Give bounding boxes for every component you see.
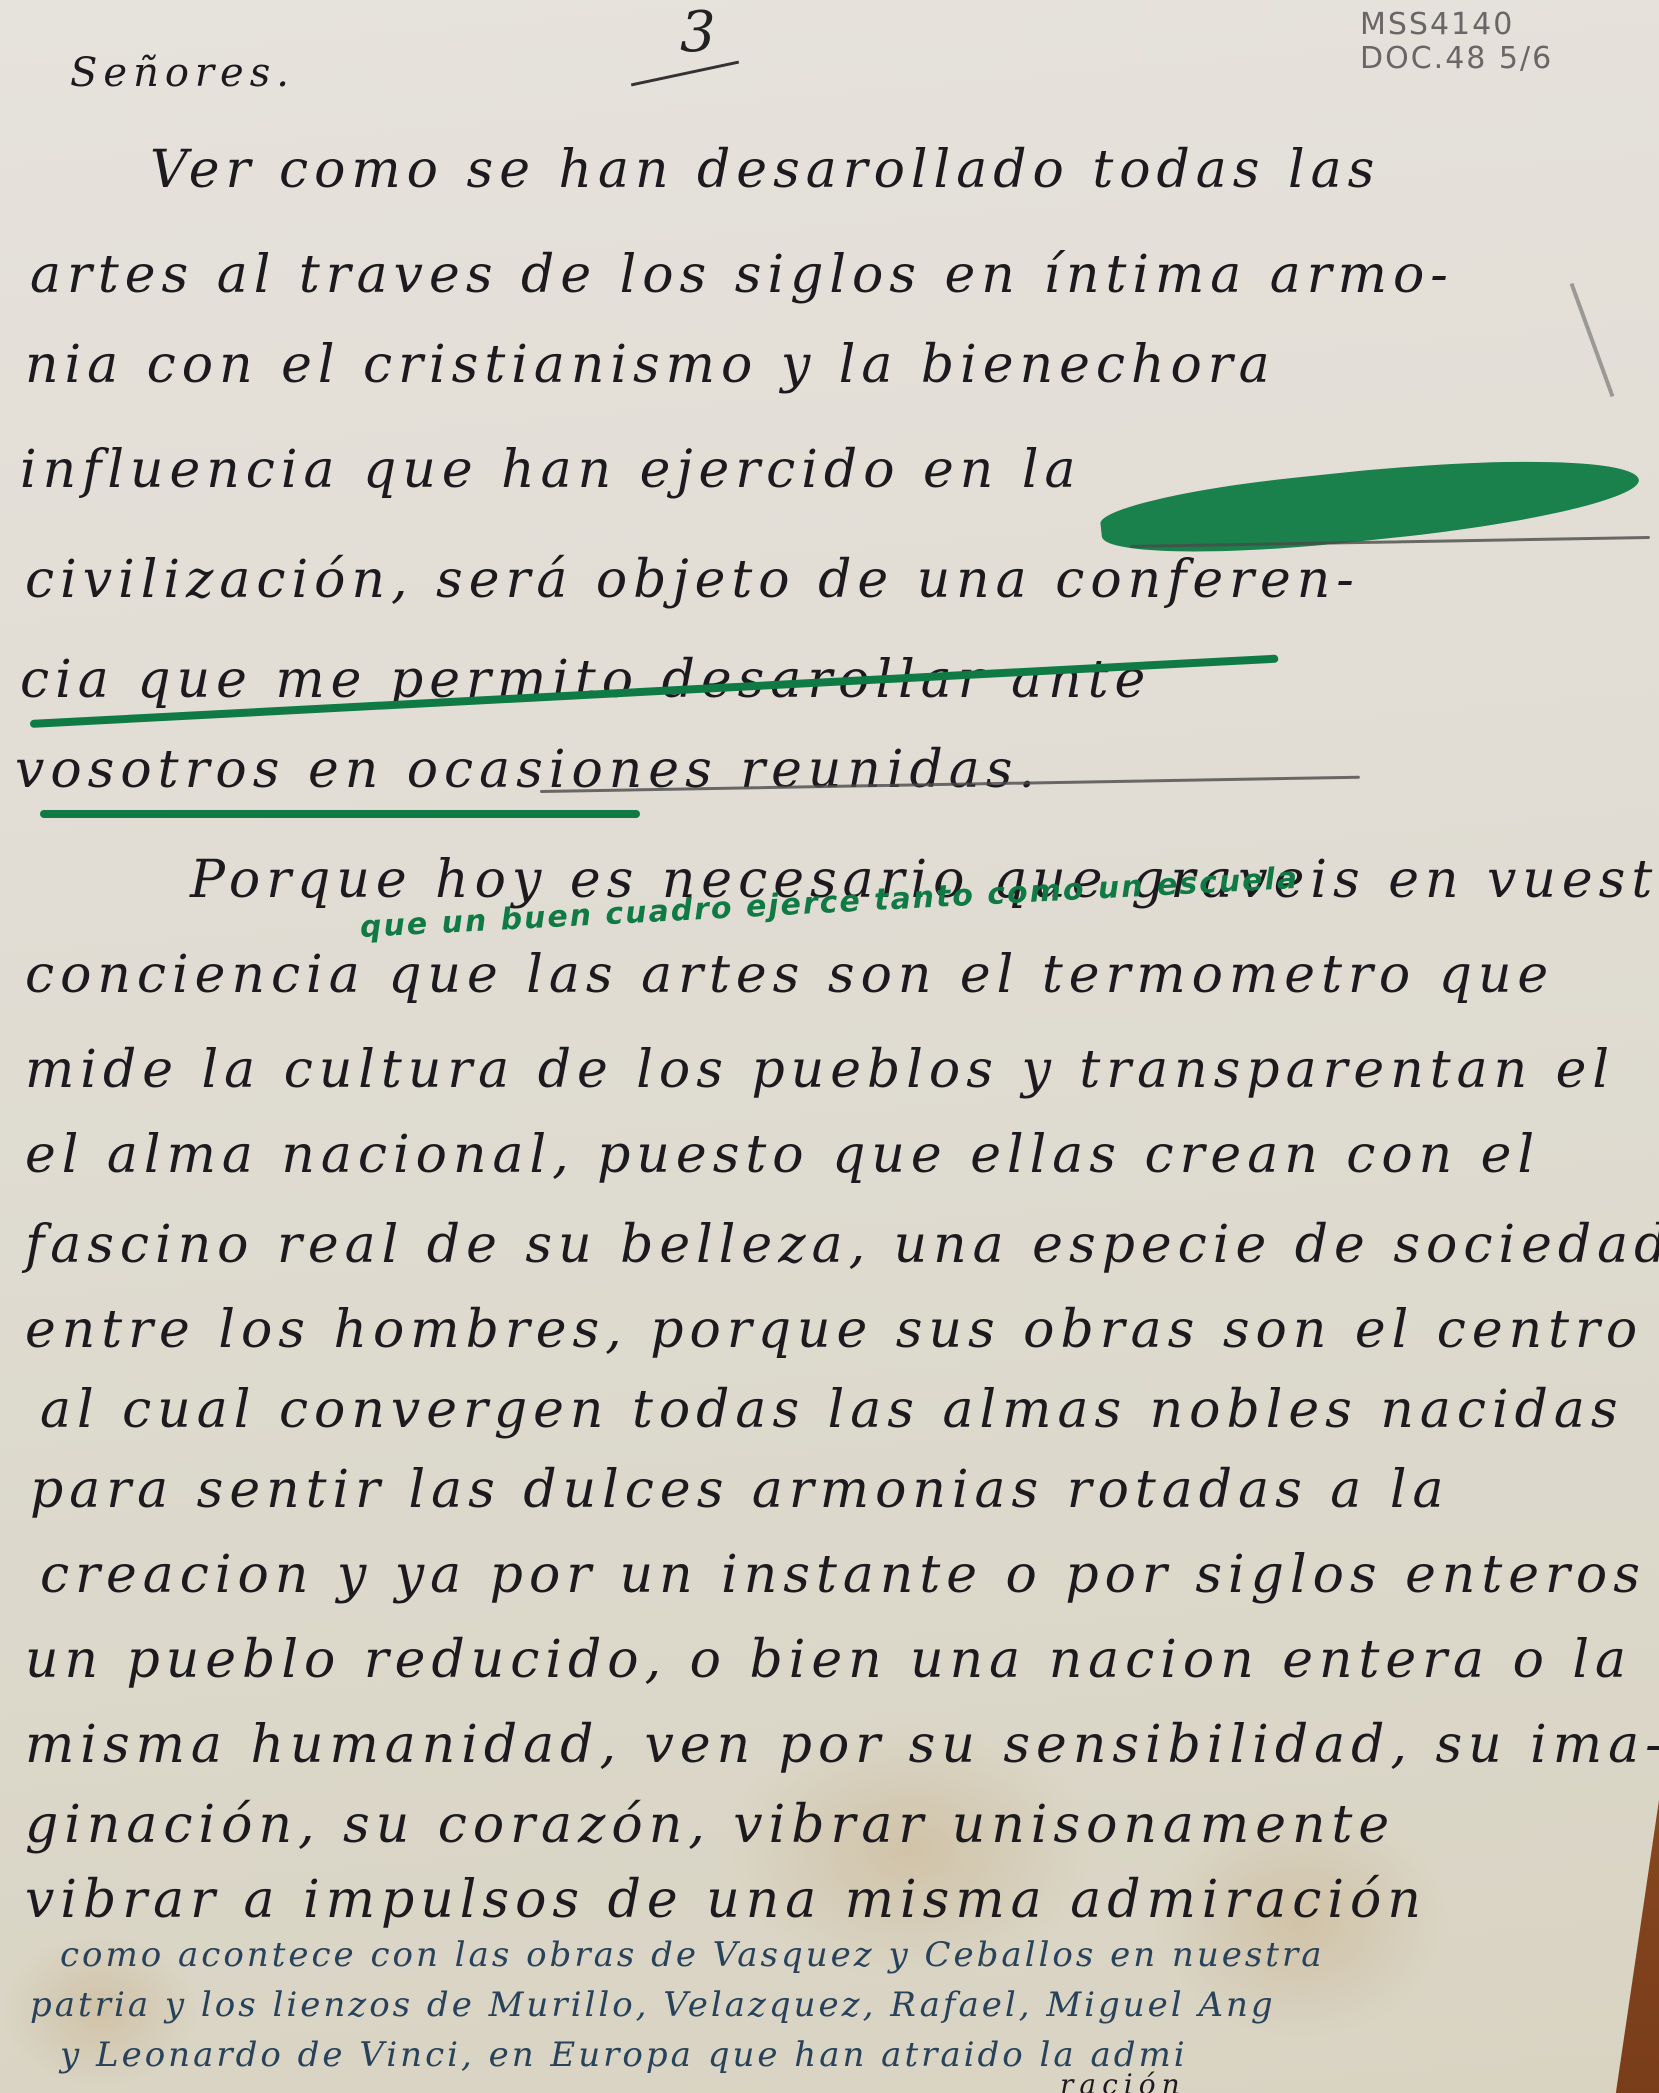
manuscript-line: fascino real de su belleza, una especie … — [25, 1215, 1659, 1275]
manuscript-line: un pueblo reducido, o bien una nacion en… — [25, 1630, 1632, 1690]
manuscript-line-blue: como acontece con las obras de Vasquez y… — [60, 1935, 1324, 1975]
page-number: 3 — [680, 0, 716, 65]
manuscript-line-struck: cia que me permito desarollar ante — [20, 650, 1151, 710]
manuscript-line: entre los hombres, porque sus obras son … — [25, 1300, 1643, 1360]
manuscript-line: influencia que han ejercido en la — [20, 440, 1081, 500]
manuscript-line: ración — [1060, 2068, 1186, 2093]
archive-stamp-line1: MSS4140 — [1360, 8, 1553, 42]
manuscript-line-struck: vosotros en ocasiones reunidas. — [15, 740, 1041, 800]
manuscript-line: mide la cultura de los pueblos y transpa… — [25, 1040, 1615, 1100]
manuscript-line: conciencia que las artes son el termomet… — [25, 945, 1554, 1005]
manuscript-line: para sentir las dulces armonias rotadas … — [30, 1460, 1449, 1520]
salutation: Señores. — [70, 50, 295, 96]
manuscript-line-blue: patria y los lienzos de Murillo, Velazqu… — [30, 1985, 1276, 2025]
archive-stamp-line2: DOC.48 5/6 — [1360, 42, 1553, 76]
green-strike-line — [40, 810, 640, 818]
archive-stamp: MSS4140 DOC.48 5/6 — [1360, 8, 1553, 76]
manuscript-line: el alma nacional, puesto que ellas crean… — [25, 1125, 1540, 1185]
manuscript-line: vibrar a impulsos de una misma admiració… — [25, 1870, 1427, 1930]
manuscript-line: Ver como se han desarollado todas las — [150, 140, 1380, 200]
manuscript-line: nia con el cristianismo y la bienechora — [25, 335, 1276, 395]
manuscript-line: artes al traves de los siglos en íntima … — [30, 245, 1454, 305]
manuscript-line: ginación, su corazón, vibrar unisonament… — [25, 1795, 1395, 1855]
manuscript-line-struck: civilización, será objeto de una confere… — [25, 550, 1360, 610]
manuscript-line: al cual convergen todas las almas nobles… — [40, 1380, 1624, 1440]
manuscript-line: misma humanidad, ven por su sensibilidad… — [25, 1715, 1659, 1775]
manuscript-line-blue: y Leonardo de Vinci, en Europa que han a… — [60, 2035, 1188, 2075]
manuscript-line: creacion y ya por un instante o por sigl… — [40, 1545, 1646, 1605]
